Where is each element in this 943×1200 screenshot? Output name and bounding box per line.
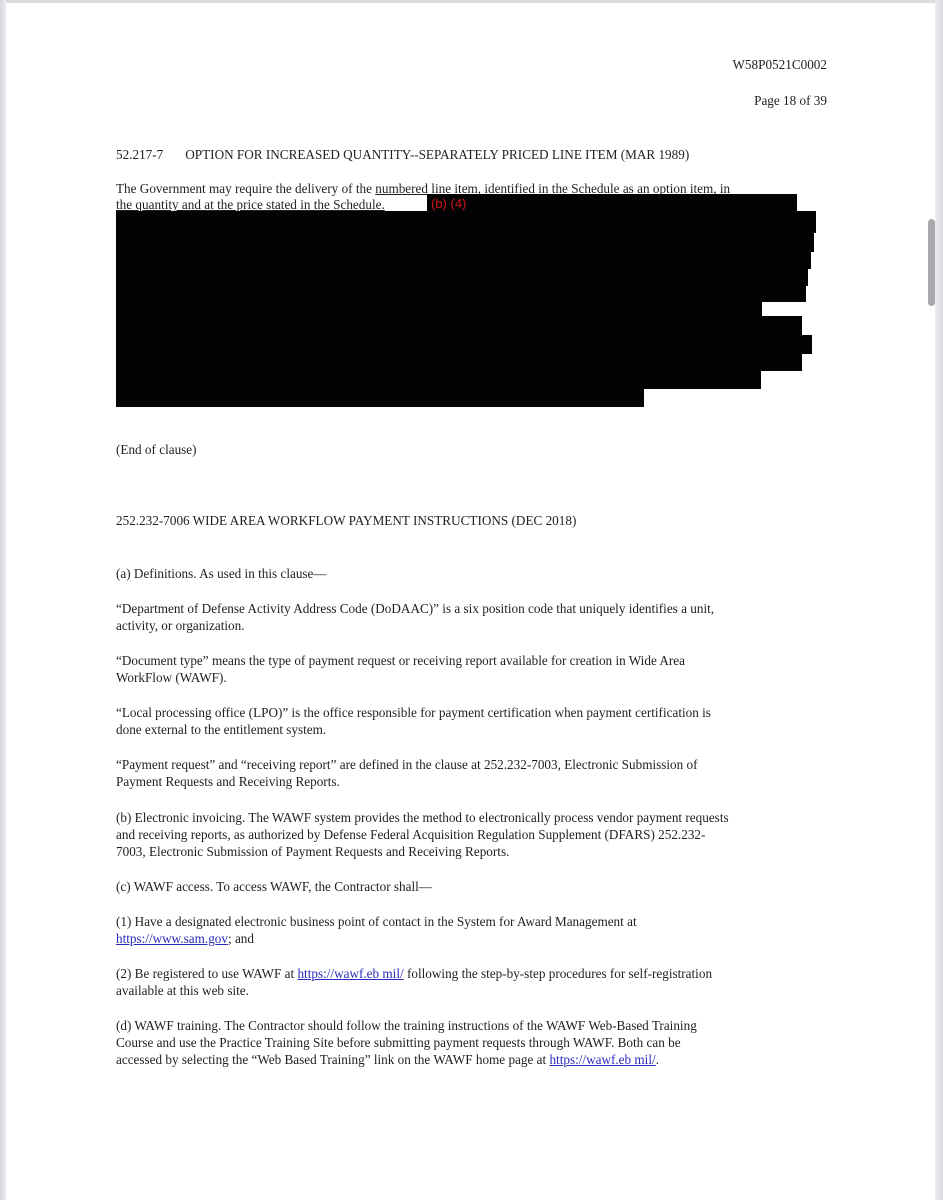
wawf-training-suffix: . [656,1052,659,1067]
clause-heading-252-232-7006: 252.232-7006 WIDE AREA WORKFLOW PAYMENT … [116,512,576,529]
access-item-2-line-1: (2) Be registered to use WAWF at https:/… [116,965,712,982]
wawf-training-line-1: (d) WAWF training. The Contractor should… [116,1017,697,1034]
definition-payment-request-line-1: “Payment request” and “receiving report”… [116,756,698,773]
option-text: The Government may require the delivery … [116,181,375,196]
sam-gov-link[interactable]: https://www.sam.gov [116,931,228,946]
access-item-2-line-2: available at this web site. [116,982,249,999]
access-item-1-line-2: https://www.sam.gov; and [116,930,254,947]
redaction-exemption-label: (b) (4) [431,195,466,212]
definition-lpo-line-2: done external to the entitlement system. [116,721,326,738]
clause-number: 52.217-7 [116,147,163,162]
definitions-intro: (a) Definitions. As used in this clause— [116,565,327,582]
wawf-registration-link[interactable]: https://wawf.eb mil/ [297,966,403,981]
definition-dodaac-line-1: “Department of Defense Activity Address … [116,600,714,617]
access-item-2-suffix: following the step-by-step procedures fo… [404,966,712,981]
wawf-access-intro: (c) WAWF access. To access WAWF, the Con… [116,878,432,895]
viewer-top-edge [0,0,943,3]
wawf-training-line-2: Course and use the Practice Training Sit… [116,1034,681,1051]
contract-number: W58P0521C0002 [600,56,827,73]
document-viewer: W58P0521C0002 Page 18 of 39 52.217-7OPTI… [0,0,943,1200]
page-indicator: Page 18 of 39 [600,92,827,109]
access-item-2-prefix: (2) Be registered to use WAWF at [116,966,297,981]
clause-heading-52-217-7: 52.217-7OPTION FOR INCREASED QUANTITY--S… [116,146,689,163]
wawf-home-link[interactable]: https://wawf.eb mil/ [549,1052,655,1067]
access-item-1-line-1: (1) Have a designated electronic busines… [116,913,637,930]
electronic-invoicing-line-3: 7003, Electronic Submission of Payment R… [116,843,509,860]
definition-document-type-line-2: WorkFlow (WAWF). [116,669,227,686]
definition-dodaac-line-2: activity, or organization. [116,617,245,634]
definition-document-type-line-1: “Document type” means the type of paymen… [116,652,685,669]
viewer-left-edge [0,0,6,1200]
definition-lpo-line-1: “Local processing office (LPO)” is the o… [116,704,711,721]
definition-payment-request-line-2: Payment Requests and Receiving Reports. [116,773,340,790]
electronic-invoicing-line-2: and receiving reports, as authorized by … [116,826,705,843]
vertical-scrollbar-track[interactable] [935,0,943,1200]
end-of-clause: (End of clause) [116,441,197,458]
wawf-training-prefix: accessed by selecting the “Web Based Tra… [116,1052,549,1067]
wawf-training-line-3: accessed by selecting the “Web Based Tra… [116,1051,659,1068]
clause-title: OPTION FOR INCREASED QUANTITY--SEPARATEL… [185,147,689,162]
vertical-scrollbar-thumb[interactable] [928,219,935,306]
access-item-1-suffix: ; and [228,931,254,946]
electronic-invoicing-line-1: (b) Electronic invoicing. The WAWF syste… [116,809,729,826]
